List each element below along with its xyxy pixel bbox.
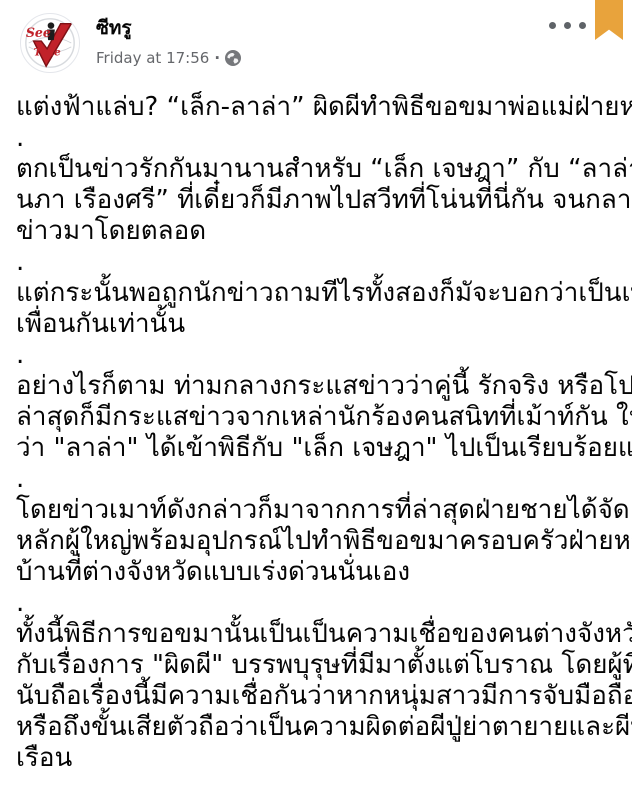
facebook-post-card: See True ซีทรู Friday at 17:56 · xyxy=(0,0,632,800)
post-line: โดยข่าวเมาท์ดังกล่าวก็มาจากการที่ล่าสุดฝ… xyxy=(16,495,618,526)
post-line: . xyxy=(16,340,618,371)
svg-text:See: See xyxy=(26,25,51,40)
bookmark-ribbon-icon[interactable] xyxy=(595,0,623,40)
post-line: . xyxy=(16,247,618,278)
globe-icon xyxy=(225,50,241,66)
post-line: กับเรื่องการ "ผิดผี" บรรพบุรุษที่มีมาตั้… xyxy=(16,650,618,681)
ellipsis-dot xyxy=(549,22,556,29)
post-line: นภา เรืองศรี” ที่เดี๋ยวก็มีภาพไปสวีทที่โ… xyxy=(16,185,618,216)
post-line: ตกเป็นข่าวรักกันมานานสำหรับ “เล็ก เจษฎา”… xyxy=(16,154,618,185)
post-header: See True ซีทรู Friday at 17:56 · xyxy=(0,0,632,86)
post-line: บ้านที่ต่างจังหวัดแบบเร่งด่วนนั่นเอง xyxy=(16,557,618,588)
post-line: แต่กระนั้นพอถูกนักข่าวถามทีไรทั้งสองก็มั… xyxy=(16,278,618,309)
svg-text:True: True xyxy=(34,46,61,59)
seetrue-logo: See True xyxy=(21,14,79,72)
page-name[interactable]: ซีทรู xyxy=(96,17,241,40)
post-options-icon[interactable] xyxy=(547,20,588,31)
post-line: เรือน xyxy=(16,743,618,774)
ellipsis-dot xyxy=(579,22,586,29)
post-line: . xyxy=(16,123,618,154)
post-line: ว่า "ลาล่า" ได้เข้าพิธีกับ "เล็ก เจษฎา" … xyxy=(16,433,618,464)
post-line: เพื่อนกันเท่านั้น xyxy=(16,309,618,340)
post-line: หลักผู้ใหญ่พร้อมอุปกรณ์ไปทำพิธีขอขมาครอบ… xyxy=(16,526,618,557)
post-timestamp[interactable]: Friday at 17:56 xyxy=(96,49,209,67)
post-line: นับถือเรื่องนี้มีความเชื่อกันว่าหากหนุ่ม… xyxy=(16,681,618,712)
post-meta: Friday at 17:56 · xyxy=(96,49,241,67)
post-line: . xyxy=(16,464,618,495)
post-line: ทั้งนี้พิธีการขอขมานั้นเป็นเป็นความเชื่อ… xyxy=(16,619,618,650)
post-line: ล่าสุดก็มีกระแสข่าวจากเหล่านักร้องคนสนิท… xyxy=(16,402,618,433)
page-avatar[interactable]: See True xyxy=(20,13,80,73)
ellipsis-dot xyxy=(564,22,571,29)
header-text: ซีทรู Friday at 17:56 · xyxy=(96,13,241,67)
post-line: ข่าวมาโดยตลอด xyxy=(16,216,618,247)
post-line: . xyxy=(16,588,618,619)
post-line: อย่างไรก็ตาม ท่ามกลางกระแสข่าวว่าคู่นี้ … xyxy=(16,371,618,402)
post-line: หรือถึงขั้นเสียตัวถือว่าเป็นความผิดต่อผี… xyxy=(16,712,618,743)
post-body-text: แต่งฟ้าแล่บ? “เล็ก-ลาล่า” ผิดผีทำพิธีขอข… xyxy=(0,86,632,774)
post-line: แต่งฟ้าแล่บ? “เล็ก-ลาล่า” ผิดผีทำพิธีขอข… xyxy=(16,92,618,123)
meta-separator: · xyxy=(214,49,220,67)
